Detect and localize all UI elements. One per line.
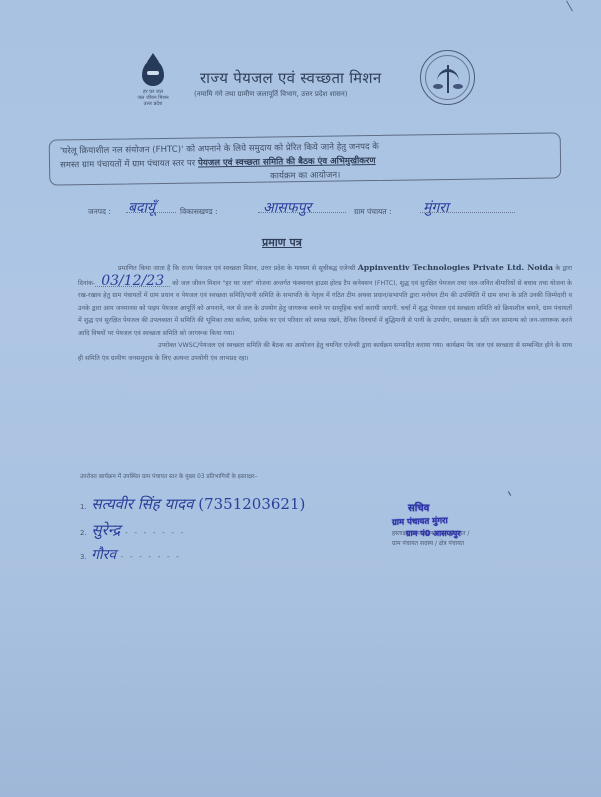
certificate-body: प्रमाणित किया जाता है कि राज्य पेयजल एवं… [78, 262, 572, 365]
logo-caption: हर घर जल जल जीवन मिशन उत्तर प्रदेश [133, 89, 173, 107]
pen-mark [566, 1, 573, 12]
har-ghar-jal-logo: हर घर जल जल जीवन मिशन उत्तर प्रदेश [133, 60, 173, 110]
program-banner: 'घरेलू क्रियाशील नल संयोजन (FHTC)' को अप… [49, 132, 562, 185]
water-drop-tap-icon [142, 60, 164, 86]
signatures-intro: उपरोक्त कार्यक्रम में उपस्थित ग्राम पंचा… [80, 473, 300, 482]
body-paragraph-2: उपरोक्त VWSC/पेयजल एवं स्वच्छता समिति की… [78, 340, 572, 365]
signature-name: सुरेन्द्र [91, 521, 120, 539]
header-subtitle: (नमामि गंगे तथा ग्रामीण जलापूर्ति विभाग,… [194, 90, 347, 99]
certificate-title: प्रमाण पत्र [262, 235, 302, 250]
stamp-block: ग्राम पं0 आसफपुर [406, 528, 461, 539]
certificate-document: हर घर जल जल जीवन मिशन उत्तर प्रदेश राज्य… [0, 0, 601, 797]
gram-panchayat-value: मुंगरा [423, 198, 449, 217]
signature-name: गौरव [91, 547, 116, 563]
signature-entry-2: 2. सुरेन्द्र - - - - - - - [80, 520, 185, 540]
location-row: जनपद : बदायूँ विकासखण्ड : आसफपुर ग्राम प… [88, 198, 518, 222]
signature-entry-3: 3. गौरव - - - - - - - [80, 545, 181, 564]
pen-mark [508, 491, 511, 496]
block-value: आसफपुर [263, 198, 311, 217]
district-value: बदायूँ [128, 198, 155, 217]
stamp-designation: सचिव [408, 500, 429, 514]
stamp-printed-caption-2: ग्राम पंचायत सदस्य / क्षेत्र पंचायत [392, 539, 464, 547]
signature-entry-1: 1. सत्यवीर सिंह यादव (7351203621) [80, 494, 305, 514]
gram-panchayat-label: ग्राम पंचायत : [354, 207, 392, 217]
event-date: 03/12/23 [95, 276, 170, 287]
signature-phone: (7351203621) [198, 495, 305, 513]
stamp-panchayat: ग्राम पंचायत मुंगरा [392, 515, 448, 528]
banner-highlight: पेयजल एवं स्वच्छता समिति की बैठक एंव अभि… [198, 156, 376, 168]
agency-name: Appinventiv Technologies Private Ltd. No… [358, 263, 553, 272]
header-title: राज्य पेयजल एवं स्वच्छता मिशन [200, 68, 382, 88]
district-label: जनपद : [88, 207, 111, 217]
block-label: विकासखण्ड : [180, 207, 218, 217]
signature-name: सत्यवीर सिंह यादव [91, 495, 193, 513]
up-state-seal-icon [420, 50, 475, 105]
body-paragraph-1: प्रमाणित किया जाता है कि राज्य पेयजल एवं… [78, 262, 572, 340]
